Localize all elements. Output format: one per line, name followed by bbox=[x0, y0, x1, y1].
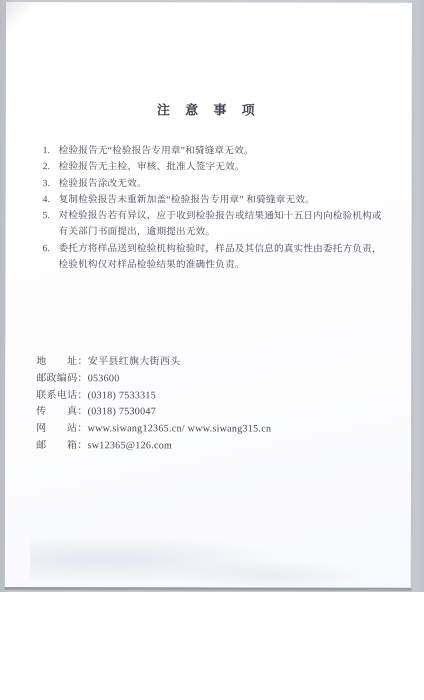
notice-item: 5. 对检验报告若有异议，应于收到检验报告或结果通知十五日内向检验机构或有关部门… bbox=[42, 208, 383, 241]
notice-item: 4. 复制检验报告未重新加盖“检验报告专用章” 和骑缝章无效。 bbox=[43, 192, 384, 209]
page-title: 注 意 事 项 bbox=[6, 99, 412, 119]
contact-block: 地 址：安平县红旗大街西头 邮政编码：053600 联系电话：(0318) 75… bbox=[36, 354, 271, 455]
notice-item: 1. 检验报告无“检验报告专用章”和骑缝章无效。 bbox=[43, 143, 384, 160]
notice-item-text: 对检验报告若有异议，应于收到检验报告或结果通知十五日内向检验机构或有关部门书面提… bbox=[59, 210, 382, 238]
notice-item-number: 5. bbox=[43, 208, 51, 224]
contact-value: 安平县红旗大街西头 bbox=[88, 356, 181, 367]
contact-label: 邮 箱： bbox=[36, 440, 88, 451]
scan-smudge bbox=[30, 533, 290, 582]
notice-item-text: 复制检验报告未重新加盖“检验报告专用章” 和骑缝章无效。 bbox=[59, 194, 315, 206]
contact-row: 邮 箱：sw12365@126.com bbox=[36, 438, 271, 455]
contact-row: 传 真：(0318) 7530047 bbox=[36, 404, 271, 421]
notice-item-text: 检验报告无主检、审核、批准人签字无效。 bbox=[59, 161, 245, 172]
corner-fold-shading bbox=[6, 2, 46, 36]
notice-list: 1. 检验报告无“检验报告专用章”和骑缝章无效。 2. 检验报告无主检、审核、批… bbox=[42, 143, 383, 274]
contact-value: (0318) 7530047 bbox=[88, 407, 156, 418]
notice-item-number: 4. bbox=[43, 192, 51, 208]
contact-value: (0318) 7533315 bbox=[88, 390, 156, 401]
contact-row: 邮政编码：053600 bbox=[36, 371, 271, 388]
scanner-backdrop: 注 意 事 项 1. 检验报告无“检验报告专用章”和骑缝章无效。 2. 检验报告… bbox=[0, 0, 424, 592]
contact-label: 传 真： bbox=[36, 406, 88, 417]
notice-item-text: 检验报告无“检验报告专用章”和骑缝章无效。 bbox=[59, 145, 254, 156]
contact-label: 网 站： bbox=[36, 423, 88, 434]
notice-item-number: 2. bbox=[43, 159, 51, 175]
contact-value: www.siwang12365.cn/ www.siwang315.cn bbox=[88, 423, 272, 434]
contact-row: 网 站：www.siwang12365.cn/ www.siwang315.cn bbox=[36, 421, 271, 438]
contact-label: 联系电话： bbox=[36, 390, 88, 401]
paper-sheet: 注 意 事 项 1. 检验报告无“检验报告专用章”和骑缝章无效。 2. 检验报告… bbox=[5, 2, 413, 590]
scanned-document-view: 注 意 事 项 1. 检验报告无“检验报告专用章”和骑缝章无效。 2. 检验报告… bbox=[0, 0, 424, 700]
contact-label: 地 址： bbox=[36, 356, 88, 367]
contact-row: 联系电话：(0318) 7533315 bbox=[36, 388, 271, 405]
notice-item-number: 1. bbox=[43, 143, 51, 159]
contact-row: 地 址：安平县红旗大街西头 bbox=[36, 354, 271, 371]
notice-item: 3. 检验报告涂改无效。 bbox=[43, 176, 384, 193]
notice-item: 2. 检验报告无主检、审核、批准人签字无效。 bbox=[43, 159, 384, 176]
notice-item-number: 3. bbox=[43, 176, 51, 192]
contact-label: 邮政编码： bbox=[36, 373, 88, 384]
notice-item: 6. 委托方将样品送到检验机构检验时，样品及其信息的真实性由委托方负责，检验机构… bbox=[42, 241, 383, 274]
contact-value: 053600 bbox=[88, 373, 120, 384]
scan-smudge bbox=[171, 559, 371, 585]
notice-item-text: 委托方将样品送到检验机构检验时，样品及其信息的真实性由委托方负责，检验机构仅对样… bbox=[58, 243, 381, 271]
notice-item-text: 检验报告涂改无效。 bbox=[59, 178, 147, 189]
contact-value: sw12365@126.com bbox=[88, 440, 173, 451]
notice-item-number: 6. bbox=[42, 241, 50, 257]
